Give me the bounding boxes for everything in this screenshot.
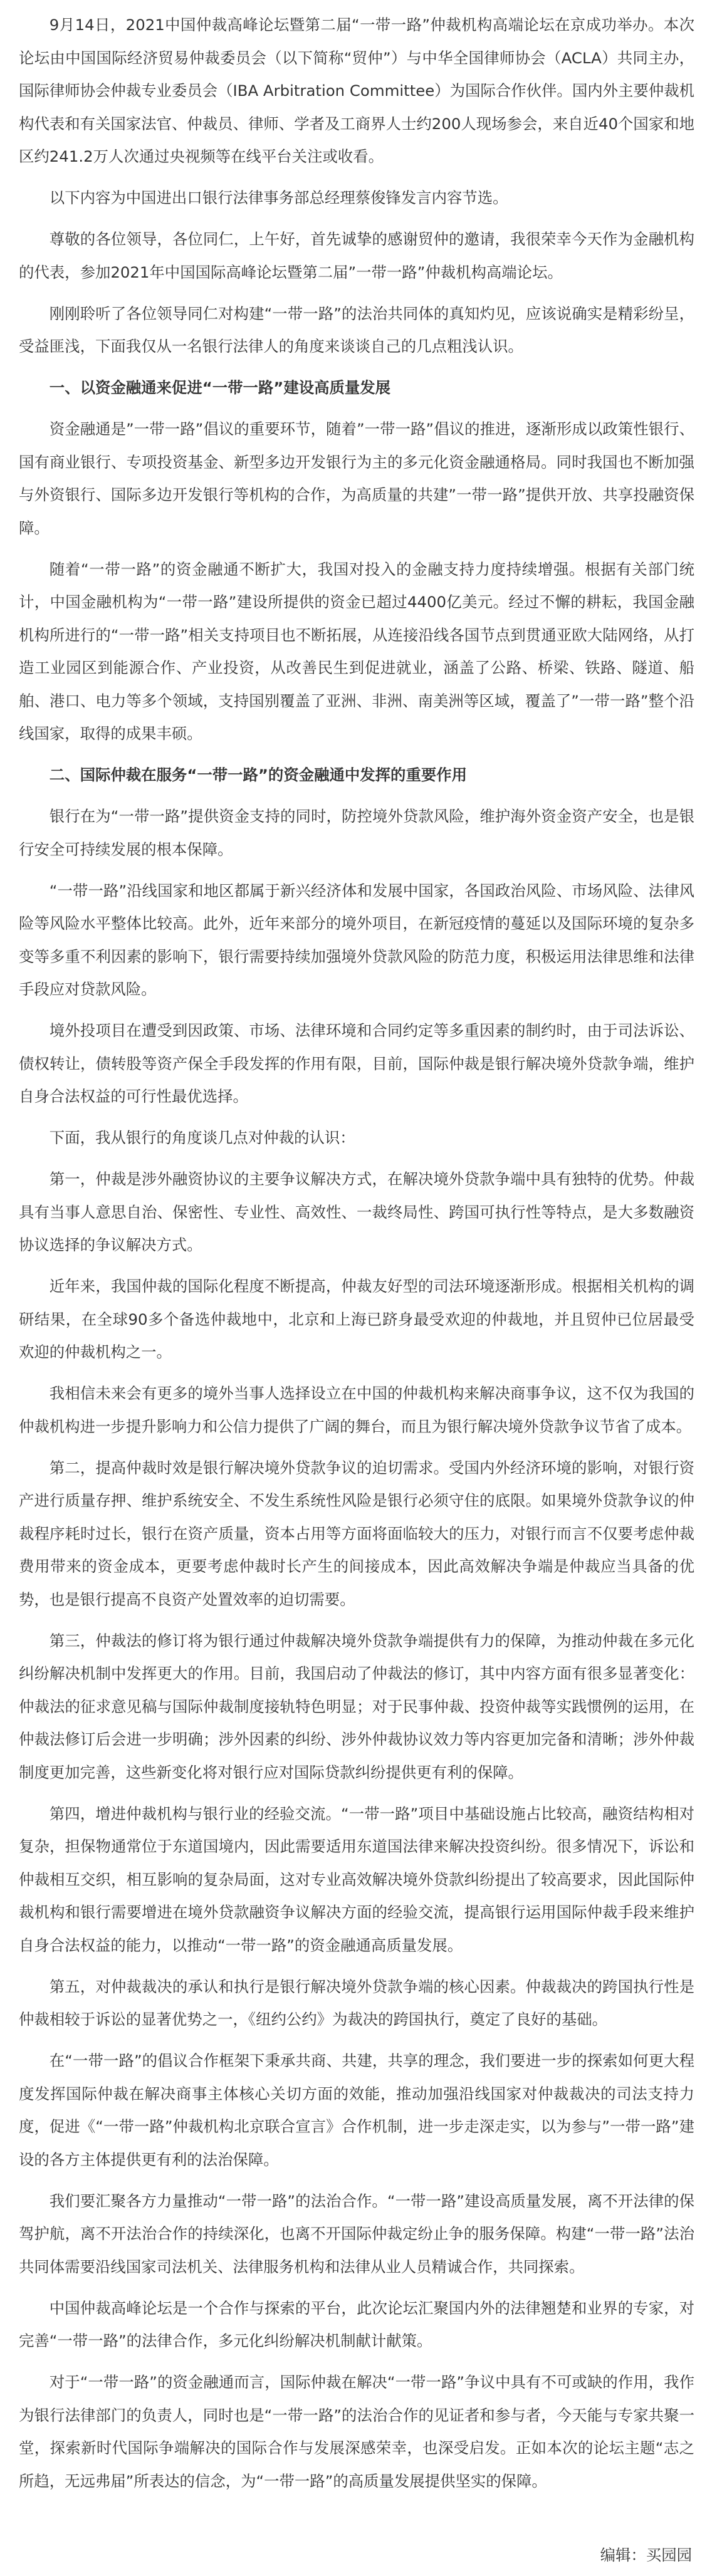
paragraph: 我相信未来会有更多的境外当事人选择设立在中国的仲裁机构来解决商事争议，这不仅为我…	[19, 1377, 694, 1443]
paragraph-opening: 刚刚聆听了各位领导同仁对构建“一带一路”的法治共同体的真知灼见，应该说确实是精彩…	[19, 298, 694, 363]
paragraph-point-4: 第四，增进仲裁机构与银行业的经验交流。“一带一路”项目中基础设施占比较高，融资结…	[19, 1798, 694, 1963]
article-body: 9月14日，2021中国仲裁高峰论坛暨第二届“一带一路”仲裁机构高端论坛在京成功…	[0, 0, 717, 2498]
section-heading-1: 一、以资金融通来促进“一带一路”建设高质量发展	[19, 372, 694, 405]
paragraph: 我们要汇聚各方力量推动“一带一路”的法治合作。“一带一路”建设高质量发展，离不开…	[19, 2185, 694, 2284]
paragraph-intro: 9月14日，2021中国仲裁高峰论坛暨第二届“一带一路”仲裁机构高端论坛在京成功…	[19, 9, 694, 174]
section-heading-2: 二、国际仲裁在服务“一带一路”的资金融通中发挥的重要作用	[19, 759, 694, 792]
paragraph-point-3: 第三，仲裁法的修订将为银行通过仲裁解决境外贷款争端提供有力的保障，为推动仲裁在多…	[19, 1625, 694, 1790]
paragraph-point-2: 第二，提高仲裁时效是银行解决境外贷款争议的迫切需求。受国内外经济环境的影响，对银…	[19, 1452, 694, 1617]
paragraph: “一带一路”沿线国家和地区都属于新兴经济体和发展中国家，各国政治风险、市场风险、…	[19, 875, 694, 1006]
paragraph-point-5: 第五，对仲裁裁决的承认和执行是银行解决境外贷款争端的核心因素。仲裁裁决的跨国执行…	[19, 1971, 694, 2036]
paragraph: 下面，我从银行的角度谈几点对仲裁的认识：	[19, 1122, 694, 1155]
paragraph: 随着“一带一路”的资金融通不断扩大，我国对投入的金融支持力度持续增强。根据有关部…	[19, 553, 694, 751]
paragraph: 资金融通是”一带一路”倡议的重要环节，随着”一带一路”倡议的推进，逐渐形成以政策…	[19, 413, 694, 545]
paragraph-greeting: 尊敬的各位领导，各位同仁，上午好，首先诚挚的感谢贸仲的邀请，我很荣幸今天作为金融…	[19, 223, 694, 289]
paragraph: 在“一带一路”的倡议合作框架下秉承共商、共建，共享的理念，我们要进一步的探索如何…	[19, 2045, 694, 2176]
paragraph: 银行在为“一带一路”提供资金支持的同时，防控境外贷款风险，维护海外资金资产安全，…	[19, 800, 694, 866]
paragraph-closing: 对于“一带一路”的资金融通而言，国际仲裁在解决“一带一路”争议中具有不可或缺的作…	[19, 2366, 694, 2498]
paragraph: 中国仲裁高峰论坛是一个合作与探索的平台，此次论坛汇聚国内外的法律翘楚和业界的专家…	[19, 2292, 694, 2358]
editor-credit: 编辑：买园园	[600, 2543, 692, 2568]
paragraph-speaker-note: 以下内容为中国进出口银行法律事务部总经理蔡俊锋发言内容节选。	[19, 182, 694, 215]
paragraph-point-1: 第一，仲裁是涉外融资协议的主要争议解决方式，在解决境外贷款争端中具有独特的优势。…	[19, 1163, 694, 1262]
paragraph: 近年来，我国仲裁的国际化程度不断提高，仲裁友好型的司法环境逐渐形成。根据相关机构…	[19, 1270, 694, 1369]
paragraph: 境外投项目在遭受到因政策、市场、法律环境和合同约定等多重因素的制约时，由于司法诉…	[19, 1014, 694, 1113]
